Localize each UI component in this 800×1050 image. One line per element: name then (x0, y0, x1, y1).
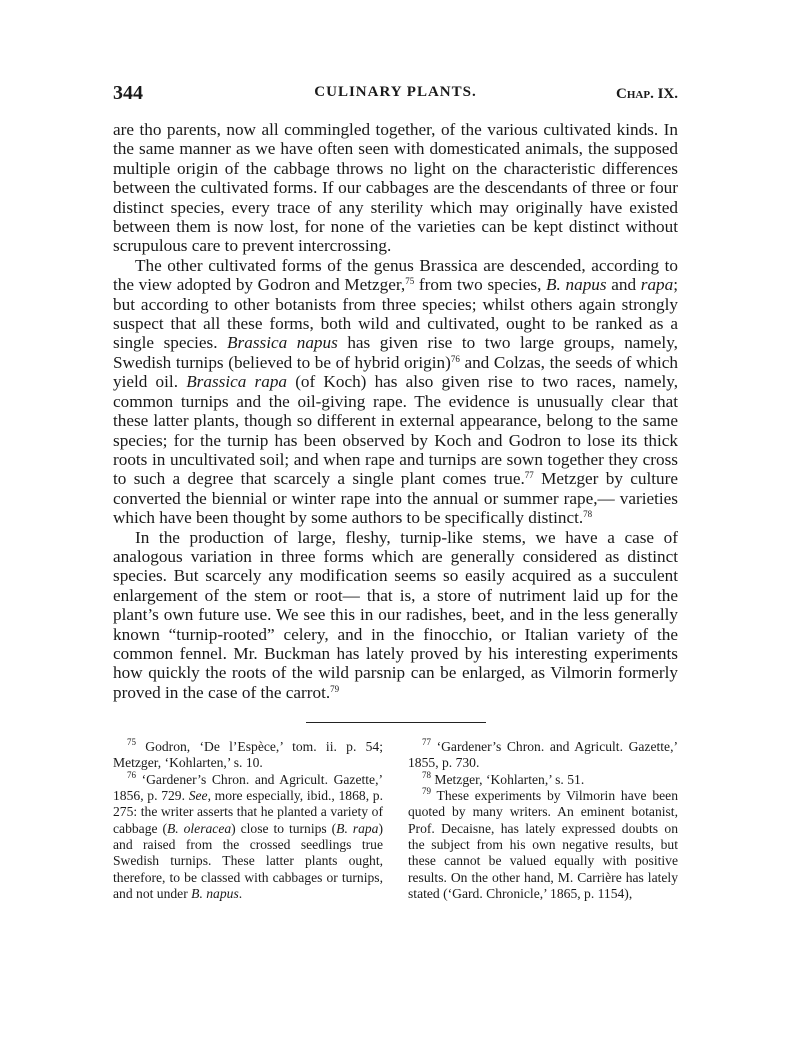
footnote-marker: 79 (422, 786, 431, 796)
footnotes: 75 Godron, ‘De l’Espèce,’ tom. ii. p. 54… (113, 739, 678, 902)
italic-term: Brassica rapa (186, 372, 287, 391)
footnotes-left-column: 75 Godron, ‘De l’Espèce,’ tom. ii. p. 54… (113, 739, 383, 902)
footnote-marker: 75 (405, 276, 414, 286)
footnote-marker: 78 (583, 509, 592, 519)
text-run: In the production of large, fleshy, turn… (113, 528, 678, 702)
book-page: 344 CULINARY PLANTS. Chap. IX. are tho p… (113, 80, 678, 902)
text-run: . (239, 886, 242, 901)
text-run: ) close to turnips ( (231, 821, 336, 836)
italic-term: B. napus (546, 275, 607, 294)
footnote-marker: 77 (525, 470, 534, 480)
text-run: and (607, 275, 641, 294)
italic-term: See (189, 788, 208, 803)
body-paragraph: are tho parents, now all commingled toge… (113, 120, 678, 256)
text-run: Godron, ‘De l’Espèce,’ tom. ii. p. 54; M… (113, 739, 383, 770)
italic-term: B. oleracea (167, 821, 231, 836)
text-run: from two species, (414, 275, 546, 294)
footnote-marker: 75 (127, 737, 136, 747)
italic-term: rapa (641, 275, 673, 294)
footnote: 79 These experiments by Vilmorin have be… (408, 788, 678, 902)
footnote: 76 ‘Gardener’s Chron. and Agricult. Gaze… (113, 772, 383, 902)
text-run: These experiments by Vilmorin have been … (408, 788, 678, 901)
text-run: are tho parents, now all commingled toge… (113, 120, 678, 255)
footnote-marker: 77 (422, 737, 431, 747)
footnote-divider (306, 722, 486, 723)
chapter-label: Chap. IX. (616, 86, 678, 103)
footnote: 75 Godron, ‘De l’Espèce,’ tom. ii. p. 54… (113, 739, 383, 772)
footnote-marker: 79 (330, 684, 339, 694)
footnote: 78 Metzger, ‘Kohlarten,’ s. 51. (408, 772, 678, 788)
italic-term: B. rapa (336, 821, 378, 836)
italic-term: Brassica napus (227, 333, 338, 352)
running-head: CULINARY PLANTS. (113, 84, 678, 101)
italic-term: B. napus (191, 886, 239, 901)
footnote-marker: 78 (422, 770, 431, 780)
body-paragraph: The other cultivated forms of the genus … (113, 256, 678, 528)
footnote-marker: 76 (451, 354, 460, 364)
body-text: are tho parents, now all commingled toge… (113, 120, 678, 702)
footnote-marker: 76 (127, 770, 136, 780)
text-run: Metzger, ‘Kohlarten,’ s. 51. (431, 772, 584, 787)
text-run: ‘Gardener’s Chron. and Agricult. Gazette… (408, 739, 678, 770)
page-header: 344 CULINARY PLANTS. Chap. IX. (113, 80, 678, 110)
footnotes-right-column: 77 ‘Gardener’s Chron. and Agricult. Gaze… (408, 739, 678, 902)
body-paragraph: In the production of large, fleshy, turn… (113, 528, 678, 703)
footnote: 77 ‘Gardener’s Chron. and Agricult. Gaze… (408, 739, 678, 772)
